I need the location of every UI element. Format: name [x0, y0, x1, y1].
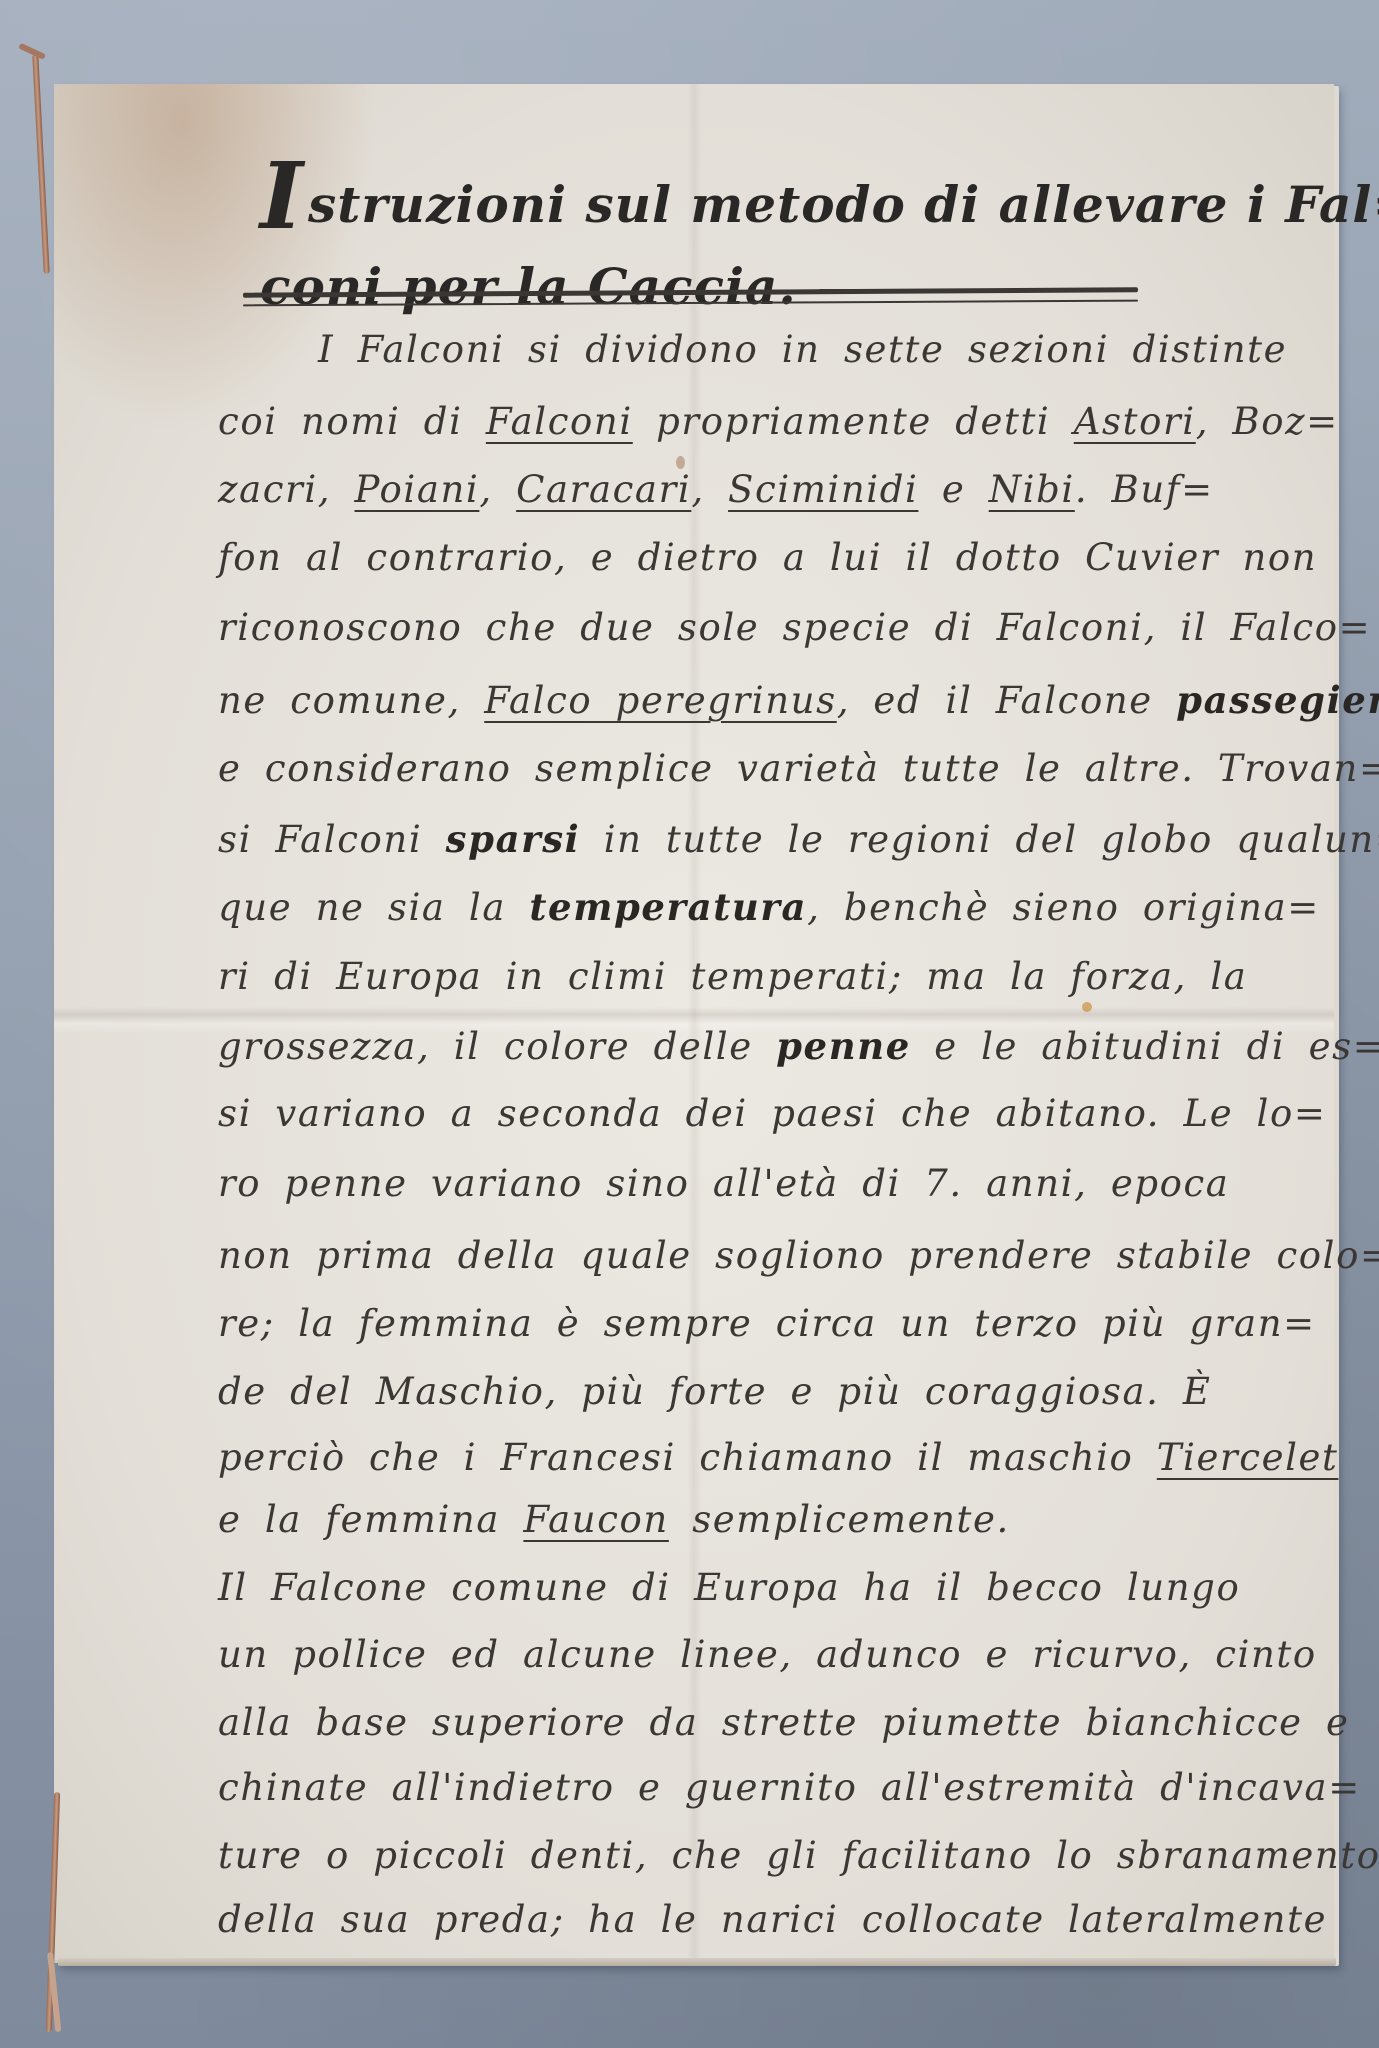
rust-stain — [1082, 1002, 1092, 1012]
underlined-term: Sciminidi — [728, 468, 918, 511]
manuscript-line: Il Falcone comune di Europa ha il becco … — [218, 1566, 1240, 1609]
manuscript-line: un pollice ed alcune linee, adunco e ric… — [218, 1633, 1317, 1676]
underlined-term: Faucon — [523, 1498, 668, 1541]
page-bottom-edge — [58, 1958, 1336, 1966]
manuscript-line: non prima della quale sogliono prendere … — [218, 1234, 1379, 1277]
manuscript-line: della sua preda; ha le narici collocate … — [218, 1898, 1327, 1941]
title-line-1-text: struzioni sul metodo di allevare i Fal= — [308, 175, 1379, 234]
manuscript-line: grossezza, il colore delle penne e le ab… — [218, 1024, 1379, 1068]
manuscript-line: I Falconi si dividono in sette sezioni d… — [318, 328, 1287, 371]
underlined-term: Caracari — [516, 468, 691, 511]
title-line-1: Istruzioni sul metodo di allevare i Fal= — [260, 164, 1160, 246]
manuscript-line: chinate all'indietro e guernito all'estr… — [218, 1766, 1361, 1809]
manuscript-line: alla base superiore da strette piumette … — [218, 1701, 1350, 1744]
emphasized-word: temperatura — [529, 885, 807, 929]
manuscript-line: zacri, Poiani, Caracari, Sciminidi e Nib… — [218, 468, 1214, 511]
underlined-term: Nibi — [989, 468, 1075, 511]
manuscript-line: riconoscono che due sole specie di Falco… — [218, 606, 1371, 649]
title-line-2-text: coni per la Caccia. — [260, 257, 797, 316]
manuscript-line: ne comune, Falco peregrinus, ed il Falco… — [218, 678, 1379, 722]
underlined-term: Falconi — [486, 400, 633, 443]
title-line-2: coni per la Caccia. — [260, 246, 1160, 328]
binding-thread-top — [32, 54, 50, 274]
underlined-term: Astori — [1074, 400, 1196, 443]
underlined-term: Tiercelet — [1157, 1436, 1339, 1479]
manuscript-line: e considerano semplice varietà tutte le … — [218, 747, 1379, 790]
manuscript-line: ri di Europa in climi temperati; ma la f… — [218, 955, 1247, 998]
underlined-term: Poiani — [355, 468, 480, 511]
manuscript-line: perciò che i Francesi chiamano il maschi… — [218, 1436, 1338, 1479]
manuscript-line: que ne sia la temperatura, benchè sieno … — [218, 885, 1320, 929]
manuscript-line: e la femmina Faucon semplicemente. — [218, 1498, 1010, 1541]
manuscript-line: si variano a seconda dei paesi che abita… — [218, 1092, 1326, 1135]
manuscript-line: ro penne variano sino all'età di 7. anni… — [218, 1162, 1229, 1205]
manuscript-line: fon al contrario, e dietro a lui il dott… — [218, 536, 1317, 579]
emphasized-word: penne — [776, 1024, 911, 1068]
title-initial: I — [260, 142, 304, 250]
manuscript-line: re; la femmina è sempre circa un terzo p… — [218, 1302, 1316, 1345]
emphasized-word: passegiero — [1176, 678, 1379, 722]
emphasized-word: sparsi — [446, 817, 581, 861]
manuscript-line: de del Maschio, più forte e più coraggio… — [218, 1370, 1212, 1413]
underlined-term: Falco peregrinus — [484, 679, 836, 722]
manuscript-line: si Falconi sparsi in tutte le regioni de… — [218, 817, 1379, 861]
manuscript-line: ture o piccoli denti, che gli facilitano… — [218, 1834, 1379, 1877]
manuscript-line: coi nomi di Falconi propriamente detti A… — [218, 400, 1339, 443]
